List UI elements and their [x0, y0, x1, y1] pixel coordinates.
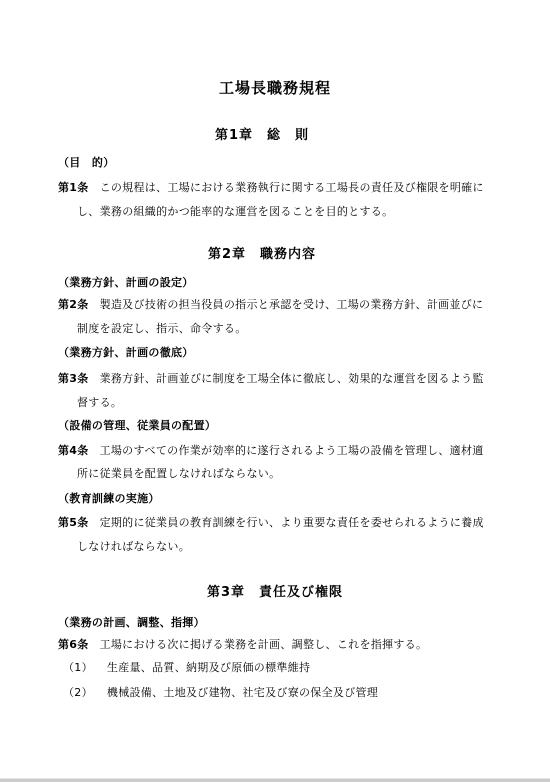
- article-5-line-1: 第5条定期的に従業員の教育訓練を行い、より重要な責任を委せられるように養成: [58, 516, 484, 529]
- article-2-line-1: 第2条製造及び技術の担当役員の指示と承認を受け、工場の業務方針、計画並びに: [58, 298, 483, 311]
- article-6-line-1: 第6条工場における次に掲げる業務を計画、調整し、これを指揮する。: [58, 638, 427, 651]
- article-6-item-2-text: 機械設備、土地及び建物、社宅及び寮の保全及び管理: [107, 686, 378, 699]
- article-1-line-1: 第1条この規程は、工場における業務執行に関する工場長の責任及び権限を明確に: [58, 181, 484, 194]
- chapter-3-heading: 第3章 責任及び権限: [0, 585, 550, 601]
- article-6-label: 第6条: [58, 638, 89, 651]
- document-page: 工場長職務規程 第1章 総 則 （目 的） 第1条この規程は、工場における業務執…: [0, 0, 550, 782]
- caption-planning-coordination: （業務の計画、調整、指揮）: [58, 616, 205, 629]
- article-6-item-1-text: 生産量、品質、納期及び原価の標準維持: [107, 661, 310, 674]
- article-6-text: 工場における次に掲げる業務を計画、調整し、これを指揮する。: [100, 638, 428, 651]
- article-1-text: この規程は、工場における業務執行に関する工場長の責任及び権限を明確に: [100, 181, 484, 194]
- article-1-label: 第1条: [58, 181, 89, 194]
- article-5-label: 第5条: [58, 516, 89, 529]
- article-5-text: 定期的に従業員の教育訓練を行い、より重要な責任を委せられるように養成: [100, 516, 484, 529]
- article-2-label: 第2条: [58, 298, 89, 311]
- chapter-1-heading: 第1章 総 則: [0, 128, 537, 144]
- article-3-line-2: 督する。: [77, 396, 122, 409]
- article-6-item-1-number: （1）: [63, 661, 93, 674]
- caption-facility-staffing: （設備の管理、従業員の配置）: [58, 419, 216, 432]
- caption-policy-setting: （業務方針、計画の設定）: [58, 276, 194, 289]
- article-6-item-2-number: （2）: [63, 686, 93, 699]
- document-title: 工場長職務規程: [0, 79, 550, 97]
- caption-policy-enforcement: （業務方針、計画の徹底）: [58, 346, 194, 359]
- article-3-line-1: 第3条業務方針、計画並びに制度を工場全体に徹底し、効果的な運営を図るよう監: [58, 372, 484, 385]
- caption-purpose: （目 的）: [58, 156, 115, 169]
- article-4-line-1: 第4条工場のすべての作業が効率的に遂行されるよう工場の設備を管理し、適材適: [58, 444, 484, 457]
- article-4-line-2: 所に従業員を配置しなければならない。: [77, 467, 280, 480]
- article-2-text: 製造及び技術の担当役員の指示と承認を受け、工場の業務方針、計画並びに: [100, 298, 484, 311]
- article-6-item-2: （2）機械設備、土地及び建物、社宅及び寮の保全及び管理: [63, 686, 378, 699]
- caption-training: （教育訓練の実施）: [58, 492, 160, 505]
- article-4-label: 第4条: [58, 444, 89, 457]
- article-6-item-1: （1）生産量、品質、納期及び原価の標準維持: [63, 661, 310, 674]
- article-2-line-2: 制度を設定し、指示、命令する。: [77, 322, 247, 335]
- article-4-text: 工場のすべての作業が効率的に遂行されるよう工場の設備を管理し、適材適: [100, 444, 484, 457]
- article-3-label: 第3条: [58, 372, 89, 385]
- window-bottom-edge: [0, 778, 550, 782]
- chapter-2-heading: 第2章 職務内容: [0, 247, 537, 263]
- article-1-line-2: し、業務の組織的かつ能率的な運営を図ることを目的とする。: [77, 205, 393, 218]
- article-5-line-2: しなければならない。: [77, 540, 190, 553]
- article-3-text: 業務方針、計画並びに制度を工場全体に徹底し、効果的な運営を図るよう監: [100, 372, 484, 385]
